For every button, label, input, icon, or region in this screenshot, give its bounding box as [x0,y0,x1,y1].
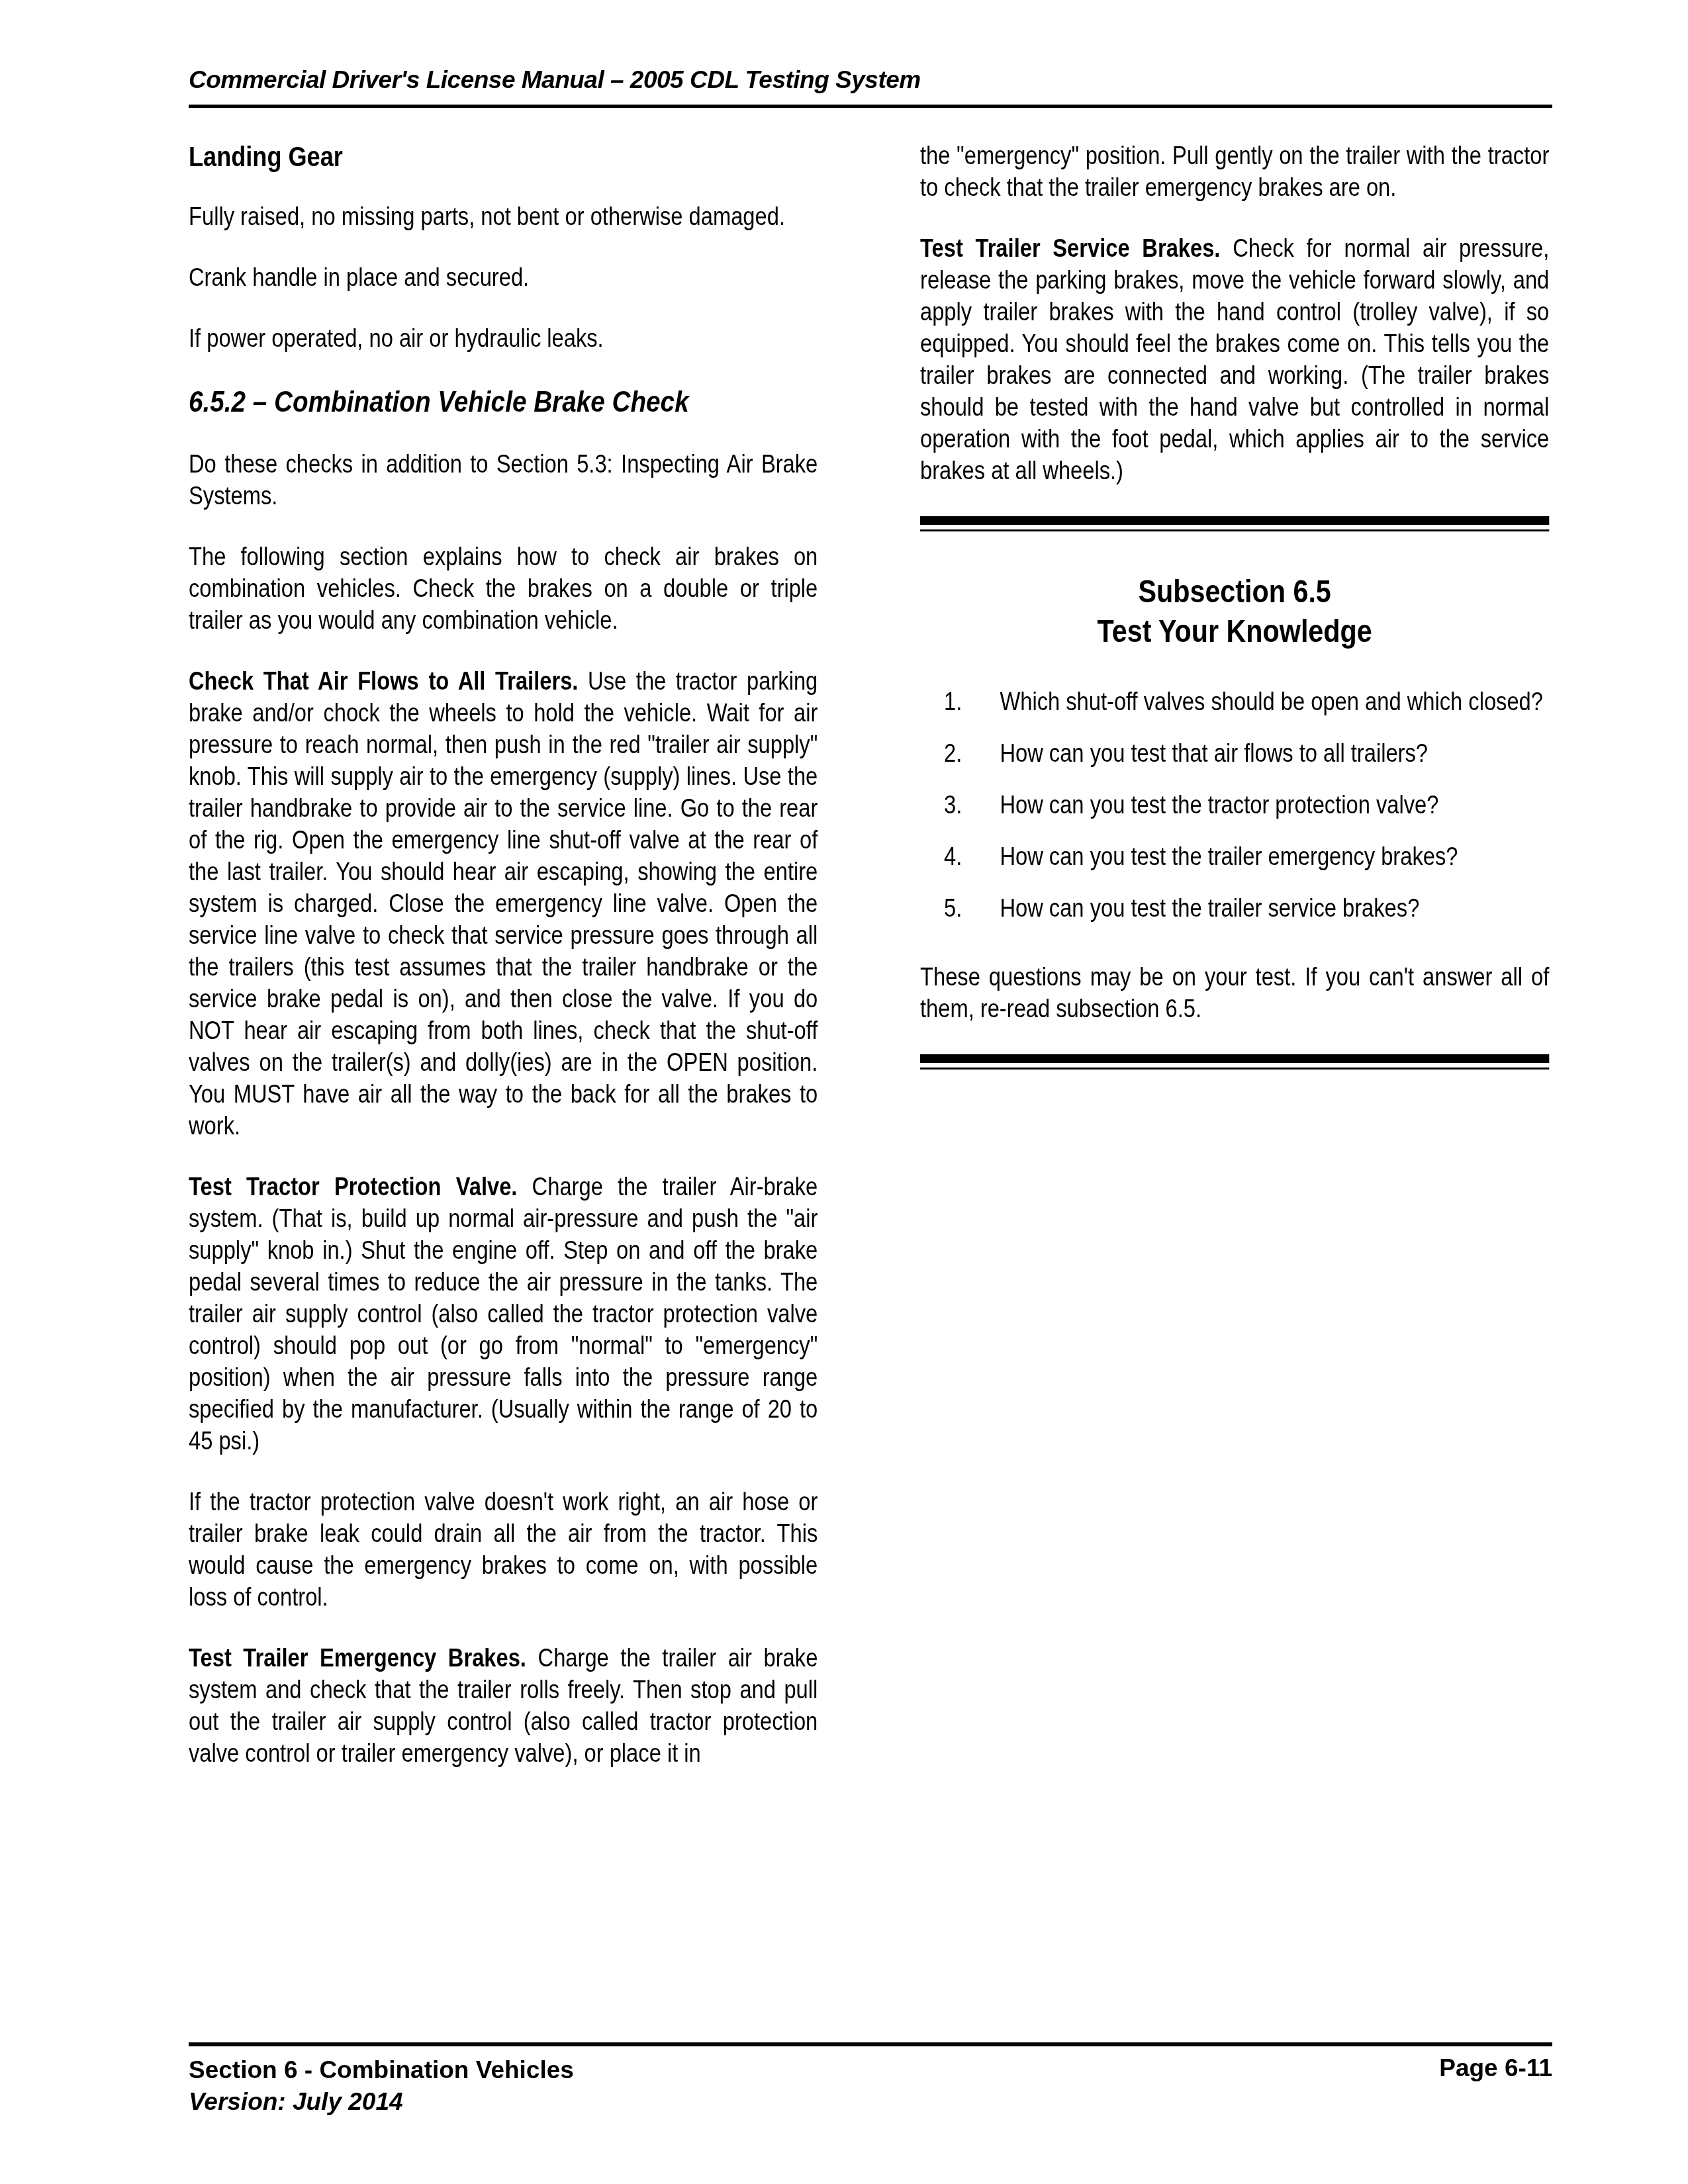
knowledge-question-1: 1. Which shut-off valves should be open … [920,686,1549,718]
section-652-intro: Do these checks in addition to Section 5… [189,449,818,512]
section-652-heading: 6.5.2 – Combination Vehicle Brake Check [189,384,818,420]
paragraph-continuation: the "emergency" position. Pull gently on… [920,140,1549,204]
question-number: 1. [944,686,962,718]
section-652-overview: The following section explains how to ch… [189,541,818,637]
question-number: 3. [944,790,962,821]
question-number: 2. [944,738,962,770]
landing-gear-heading: Landing Gear [189,140,818,173]
test-tractor-protection-valve-body: Charge the trailer Air-brake system. (Th… [189,1173,818,1455]
knowledge-box-top-rule [920,516,1549,531]
question-number: 5. [944,893,962,925]
manual-page: Commercial Driver's License Manual – 200… [0,0,1688,2184]
knowledge-box-title-line2: Test Your Knowledge [920,612,1549,652]
footer-section: Section 6 - Combination Vehicles [189,2054,574,2086]
knowledge-box-title: Subsection 6.5 Test Your Knowledge [920,572,1549,652]
question-text: How can you test that air flows to all t… [1000,740,1428,768]
right-column: the "emergency" position. Pull gently on… [920,140,1549,1770]
test-trailer-service-brakes-lead: Test Trailer Service Brakes. [920,235,1220,263]
question-text: Which shut-off valves should be open and… [1000,688,1543,716]
check-air-flows-lead: Check That Air Flows to All Trailers. [189,668,578,696]
page-footer: Section 6 - Combination Vehicles Version… [189,2042,1552,2118]
footer-version: Version: July 2014 [189,2086,574,2118]
paragraph-check-air-flows: Check That Air Flows to All Trailers. Us… [189,666,818,1142]
test-trailer-emergency-brakes-lead: Test Trailer Emergency Brakes. [189,1645,526,1672]
knowledge-box-bottom-rule [920,1054,1549,1069]
knowledge-box-outro: These questions may be on your test. If … [920,962,1549,1025]
test-tractor-protection-valve-lead: Test Tractor Protection Valve. [189,1173,517,1201]
left-column: Landing Gear Fully raised, no missing pa… [189,140,818,1770]
question-text: How can you test the trailer service bra… [1000,895,1419,923]
knowledge-question-2: 2. How can you test that air flows to al… [920,738,1549,770]
question-text: How can you test the tractor protection … [1000,792,1438,819]
landing-gear-paragraph-1: Fully raised, no missing parts, not bent… [189,201,818,233]
footer-page-number: Page 6-11 [1439,2054,1552,2082]
knowledge-question-3: 3. How can you test the tractor protecti… [920,790,1549,821]
question-number: 4. [944,841,962,873]
paragraph-test-tractor-protection-valve: Test Tractor Protection Valve. Charge th… [189,1171,818,1457]
paragraph-test-trailer-service-brakes: Test Trailer Service Brakes. Check for n… [920,233,1549,487]
header-rule [189,105,1552,108]
header-title: Commercial Driver's License Manual – 200… [189,66,1552,94]
landing-gear-paragraph-3: If power operated, no air or hydraulic l… [189,323,818,355]
landing-gear-paragraph-2: Crank handle in place and secured. [189,262,818,294]
knowledge-question-list: 1. Which shut-off valves should be open … [920,686,1549,925]
knowledge-question-5: 5. How can you test the trailer service … [920,893,1549,925]
paragraph-valve-failure: If the tractor protection valve doesn't … [189,1486,818,1614]
knowledge-question-4: 4. How can you test the trailer emergenc… [920,841,1549,873]
test-trailer-service-brakes-body: Check for normal air pressure, release t… [920,235,1549,485]
question-text: How can you test the trailer emergency b… [1000,843,1458,871]
page-body: Landing Gear Fully raised, no missing pa… [189,140,1552,1770]
knowledge-box-title-line1: Subsection 6.5 [920,572,1549,612]
page-header: Commercial Driver's License Manual – 200… [189,66,1552,108]
paragraph-test-trailer-emergency-brakes: Test Trailer Emergency Brakes. Charge th… [189,1643,818,1770]
check-air-flows-body: Use the tractor parking brake and/or cho… [189,668,818,1140]
